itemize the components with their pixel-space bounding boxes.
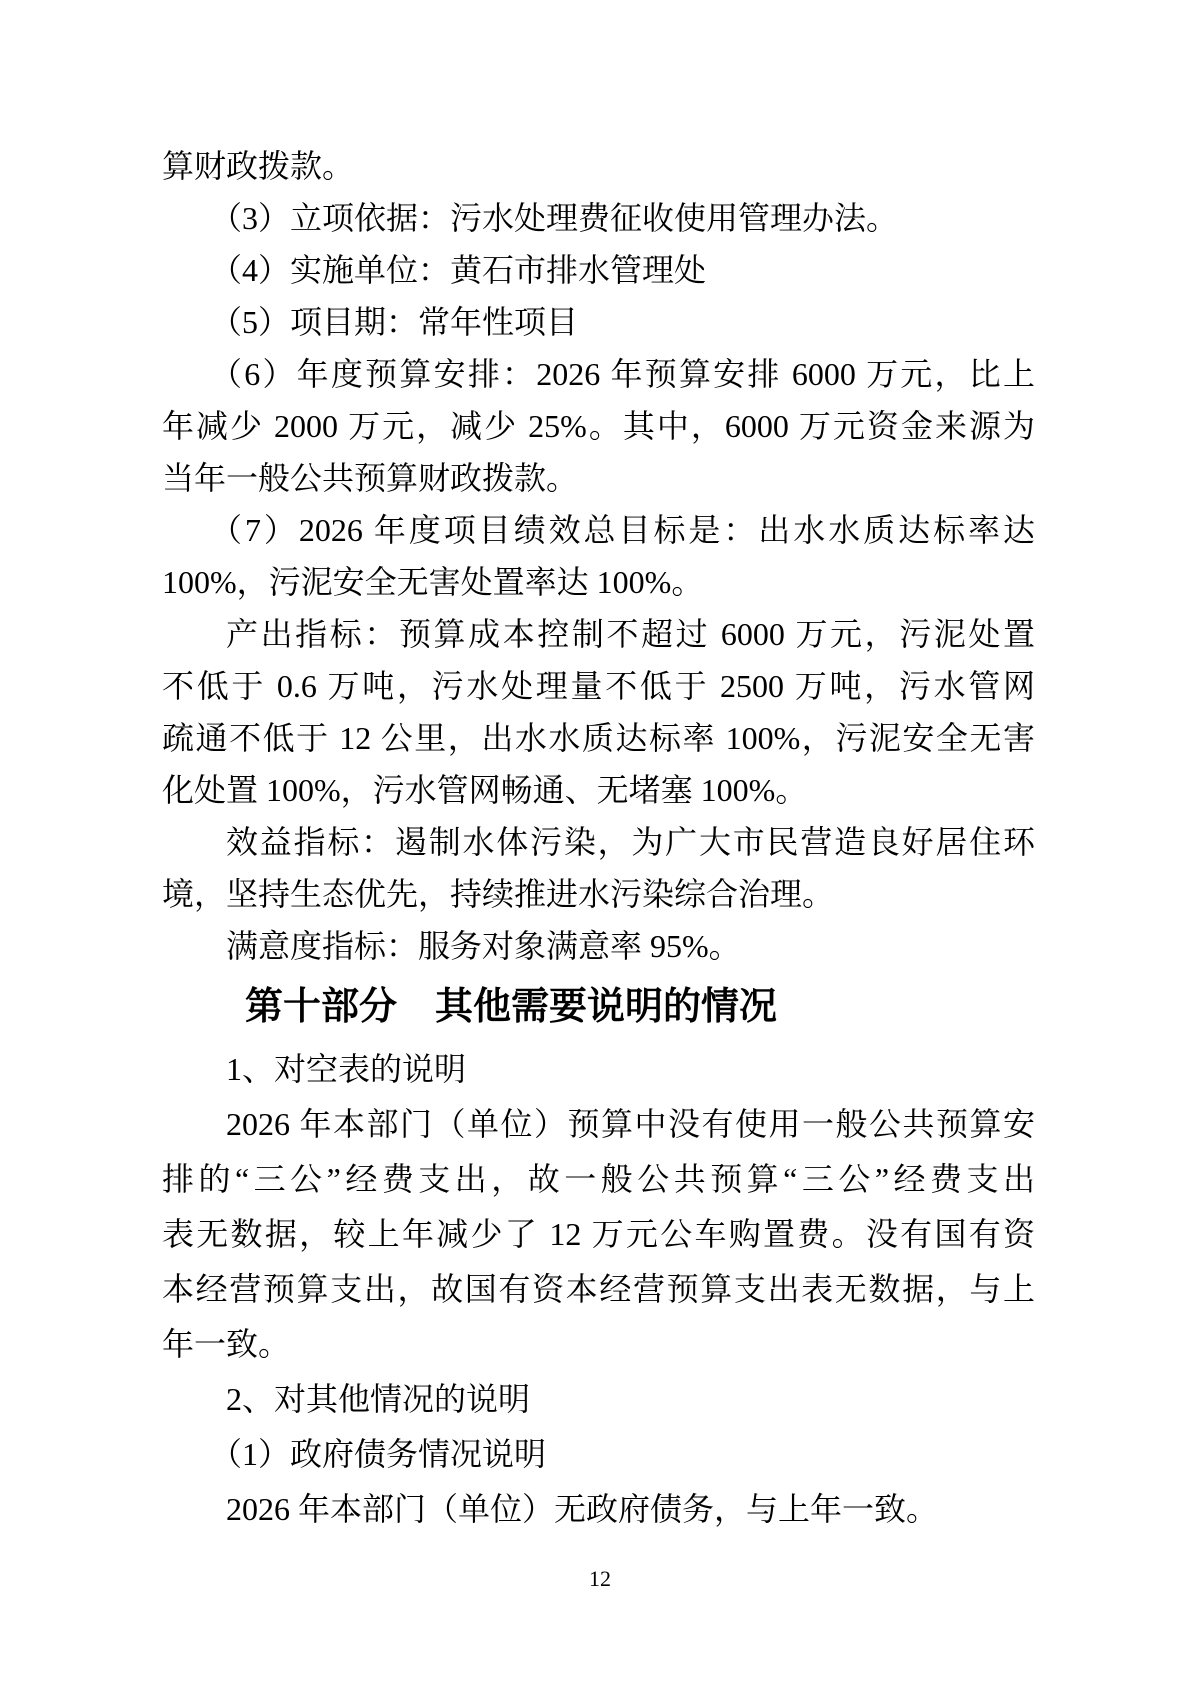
text-line: 2、对其他情况的说明	[162, 1372, 1035, 1427]
text-line: （3）立项依据：污水处理费征收使用管理办法。	[162, 192, 1035, 244]
document-content: 算财政拨款。（3）立项依据：污水处理费征收使用管理办法。（4）实施单位：黄石市排…	[162, 140, 1035, 1537]
text-line: 当年一般公共预算财政拨款。	[162, 452, 1035, 504]
text-line: （5）项目期：常年性项目	[162, 296, 1035, 348]
text-line: 满意度指标：服务对象满意率 95%。	[162, 920, 1035, 972]
text-line: 1、对空表的说明	[162, 1042, 1035, 1097]
text-line: 算财政拨款。	[162, 140, 1035, 192]
document-body-top: 算财政拨款。（3）立项依据：污水处理费征收使用管理办法。（4）实施单位：黄石市排…	[162, 140, 1035, 972]
text-line: 年一致。	[162, 1317, 1035, 1372]
text-line: 效益指标：遏制水体污染，为广大市民营造良好居住环	[162, 816, 1035, 868]
text-line: 2026 年本部门（单位）无政府债务，与上年一致。	[162, 1482, 1035, 1537]
text-line: 年减少 2000 万元，减少 25%。其中，6000 万元资金来源为	[162, 400, 1035, 452]
section-heading: 第十部分 其他需要说明的情况	[162, 972, 1035, 1042]
text-line: 化处置 100%，污水管网畅通、无堵塞 100%。	[162, 764, 1035, 816]
text-line: 100%，污泥安全无害处置率达 100%。	[162, 556, 1035, 608]
page-number: 12	[0, 1566, 1200, 1592]
text-line: 不低于 0.6 万吨，污水处理量不低于 2500 万吨，污水管网	[162, 660, 1035, 712]
text-line: （7）2026 年度项目绩效总目标是：出水水质达标率达	[162, 504, 1035, 556]
text-line: 排的“三公”经费支出，故一般公共预算“三公”经费支出	[162, 1152, 1035, 1207]
text-line: （1）政府债务情况说明	[162, 1427, 1035, 1482]
text-line: 本经营预算支出，故国有资本经营预算支出表无数据，与上	[162, 1262, 1035, 1317]
text-line: （4）实施单位：黄石市排水管理处	[162, 244, 1035, 296]
document-page: 算财政拨款。（3）立项依据：污水处理费征收使用管理办法。（4）实施单位：黄石市排…	[0, 0, 1200, 1697]
document-body-bottom: 1、对空表的说明2026 年本部门（单位）预算中没有使用一般公共预算安排的“三公…	[162, 1042, 1035, 1537]
text-line: 疏通不低于 12 公里，出水水质达标率 100%，污泥安全无害	[162, 712, 1035, 764]
text-line: （6）年度预算安排：2026 年预算安排 6000 万元，比上	[162, 348, 1035, 400]
text-line: 表无数据，较上年减少了 12 万元公车购置费。没有国有资	[162, 1207, 1035, 1262]
text-line: 2026 年本部门（单位）预算中没有使用一般公共预算安	[162, 1097, 1035, 1152]
text-line: 产出指标：预算成本控制不超过 6000 万元，污泥处置	[162, 608, 1035, 660]
text-line: 境，坚持生态优先，持续推进水污染综合治理。	[162, 868, 1035, 920]
